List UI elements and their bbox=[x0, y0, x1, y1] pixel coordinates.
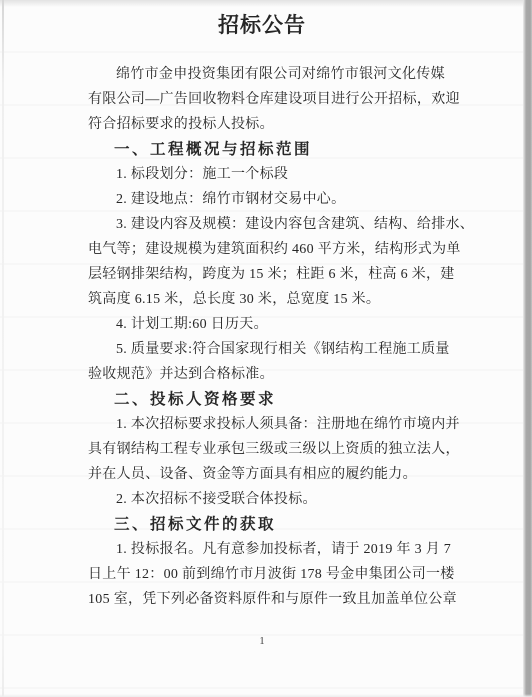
section2-item1-line-1: 1. 本次招标要求投标人须具备：注册地在绵竹市境内并 bbox=[88, 412, 460, 437]
section1-item5-line-1: 5. 质量要求:符合国家现行相关《钢结构工程施工质量 bbox=[88, 337, 460, 362]
section3-item1-line-1: 1. 投标报名。凡有意参加投标者，请于 2019 年 3 月 7 bbox=[88, 537, 460, 562]
page-number: 1 bbox=[0, 636, 524, 647]
section1-item3-line-3: 层轻钢排架结构，跨度为 15 米；柱距 6 米，柱高 6 米，建 bbox=[88, 262, 460, 287]
section1-item3-line-2: 电气等；建设规模为建筑面积约 460 平方米，结构形式为单 bbox=[88, 237, 460, 262]
section3-item1-line-3: 105 室，凭下列必备资料原件和与原件一致且加盖单位公章 bbox=[88, 587, 460, 612]
section-heading-2: 二、投标人资格要求 bbox=[88, 387, 460, 412]
section-heading-1: 一、工程概况与招标范围 bbox=[88, 137, 460, 162]
section2-item2: 2. 本次招标不接受联合体投标。 bbox=[88, 487, 460, 512]
section-heading-3: 三、招标文件的获取 bbox=[88, 512, 460, 537]
section2-item1-line-2: 具有钢结构工程专业承包三级或三级以上资质的独立法人， bbox=[88, 437, 460, 462]
section2-item1-line-3: 并在人员、设备、资金等方面具有相应的履约能力。 bbox=[88, 462, 460, 487]
paragraph-intro-line-3: 符合招标要求的投标人投标。 bbox=[88, 112, 460, 137]
paragraph-intro-line-2: 有限公司—广告回收物料仓库建设项目进行公开招标，欢迎 bbox=[88, 87, 460, 112]
document-title: 招标公告 bbox=[0, 8, 524, 42]
document-page: 招标公告 绵竹市金申投资集团有限公司对绵竹市银河文化传媒 有限公司—广告回收物料… bbox=[0, 0, 532, 697]
section1-item1: 1. 标段划分：施工一个标段 bbox=[88, 162, 460, 187]
page-edge-top-shadow bbox=[0, 0, 532, 7]
paragraph-intro-line-1: 绵竹市金申投资集团有限公司对绵竹市银河文化传媒 bbox=[88, 62, 460, 87]
section1-item4: 4. 计划工期:60 日历天。 bbox=[88, 312, 460, 337]
section3-item1-line-2: 日上午 12：00 前到绵竹市月波街 178 号金申集团公司一楼 bbox=[88, 562, 460, 587]
page-edge-left-shadow bbox=[2, 0, 4, 697]
section1-item2: 2. 建设地点：绵竹市钢材交易中心。 bbox=[88, 187, 460, 212]
section1-item5-line-2: 验收规范》并达到合格标准。 bbox=[88, 362, 460, 387]
document-body: 绵竹市金申投资集团有限公司对绵竹市银河文化传媒 有限公司—广告回收物料仓库建设项… bbox=[88, 62, 460, 612]
page-edge-right-shadow bbox=[523, 0, 532, 697]
section1-item3-line-4: 筑高度 6.15 米，总长度 30 米，总宽度 15 米。 bbox=[88, 287, 460, 312]
section1-item3-line-1: 3. 建设内容及规模：建设内容包含建筑、结构、给排水、 bbox=[88, 212, 460, 237]
